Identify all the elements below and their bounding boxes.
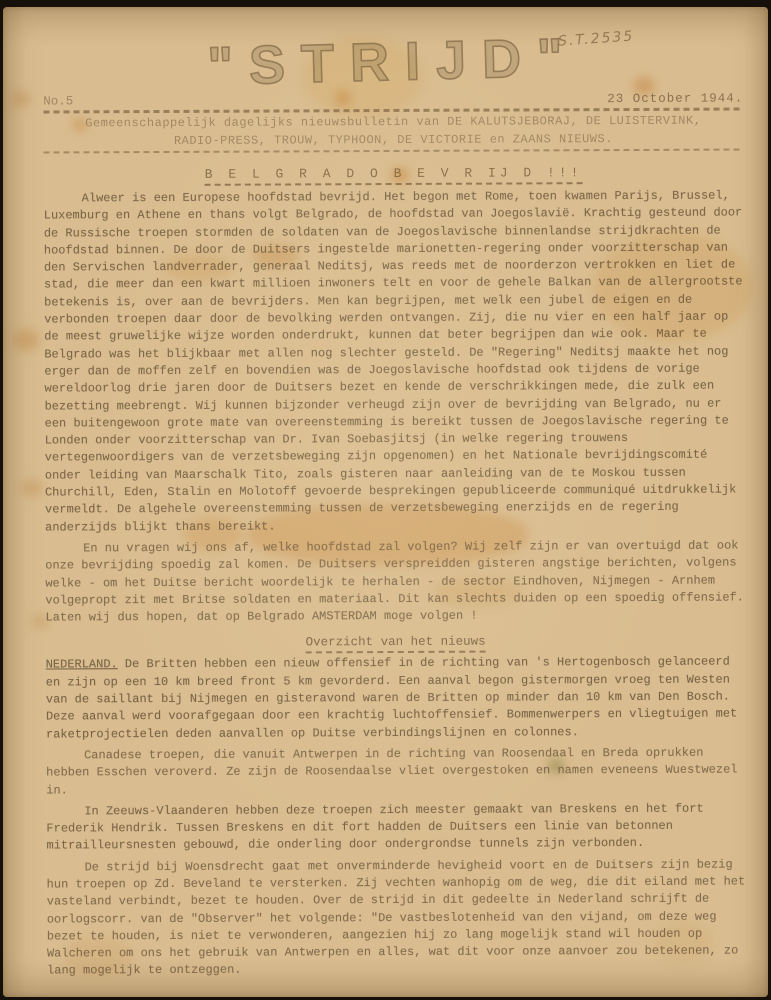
- issue-number: No.5: [43, 94, 73, 108]
- nederland-lead: NEDERLAND.: [46, 658, 118, 672]
- article-paragraph: En nu vragen wij ons af, welke hoofdstad…: [45, 537, 745, 627]
- article-body: Alweer is een Europese hoofdstad bevrijd…: [44, 187, 746, 626]
- news-overview-heading-text: Overzicht van het nieuws: [306, 635, 486, 654]
- news-overview-body: NEDERLAND. De Britten hebben een nieuw o…: [46, 654, 747, 980]
- paper-stain: [21, 479, 43, 497]
- news-paragraph: Canadese troepen, die vanuit Antwerpen i…: [46, 744, 746, 799]
- issue-date: 23 October 1944.: [607, 91, 743, 106]
- news-paragraph: De strijd bij Woensdrecht gaat met onver…: [47, 856, 748, 980]
- dashed-rule-bottom: [43, 148, 743, 153]
- nederland-text: De Britten hebben een nieuw offensief in…: [46, 655, 738, 741]
- page-content: "STRIJD" No.5 23 October 1944. Gemeensch…: [43, 23, 747, 984]
- scanned-document-page: S.T.2535 "STRIJD" No.5 23 October 1944. …: [3, 7, 768, 997]
- news-paragraph: In Zeeuws-Vlaanderen hebben deze troepen…: [46, 800, 746, 855]
- masthead-line-2: RADIO-PRESS, TROUW, TYPHOON, DE VICTORIE…: [43, 130, 743, 149]
- paper-stain: [11, 91, 31, 107]
- article-heading: B E L G R A D O B E V R IJ D !!!: [44, 164, 744, 182]
- newsletter-title: "STRIJD": [42, 24, 743, 100]
- article-paragraph: Alweer is een Europese hoofdstad bevrijd…: [44, 187, 746, 536]
- news-paragraph-nederland: NEDERLAND. De Britten hebben een nieuw o…: [46, 654, 746, 744]
- news-overview-heading: Overzicht van het nieuws: [46, 634, 746, 651]
- paper-stain: [13, 329, 39, 351]
- masthead-line-1: Gemeenschappelijk dagelijks nieuwsbullet…: [43, 112, 743, 131]
- article-heading-text: B E L G R A D O B E V R IJ D !!!: [205, 165, 583, 186]
